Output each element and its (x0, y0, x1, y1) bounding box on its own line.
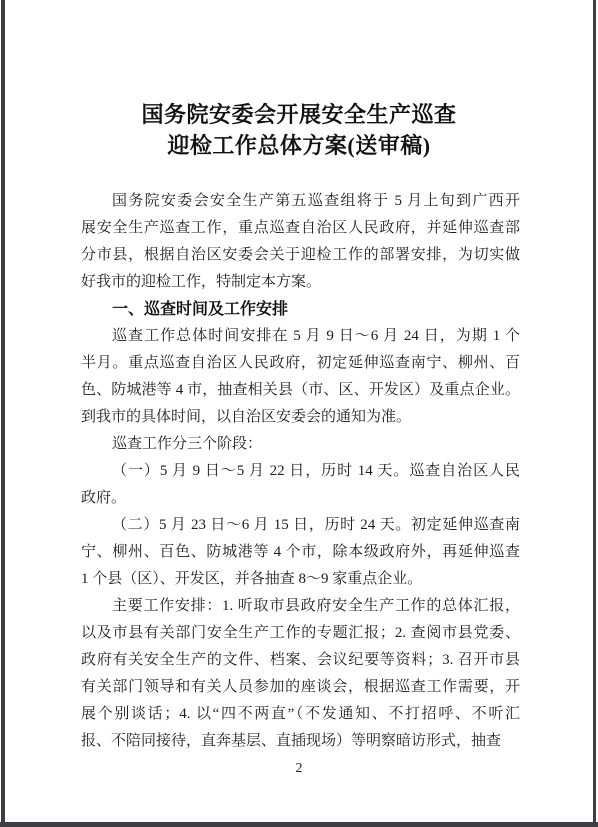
body-line: 到我市的具体时间，以自治区安委会的通知为准。 (81, 404, 520, 431)
body-line: 巡查工作分三个阶段： (81, 431, 520, 458)
body-line: （一）5 月 9 日～5 月 22 日，历时 14 天。巡查自治区人民 (81, 458, 520, 485)
section-heading: 一、巡查时间及工作安排 (81, 296, 520, 323)
document-body: 国务院安委会安全生产第五巡查组将于 5 月上旬到广西开展安全生产巡查工作，重点巡… (81, 188, 520, 755)
page-title: 国务院安委会开展安全生产巡查 迎检工作总体方案(送审稿) (0, 99, 598, 161)
body-line: 国务院安委会安全生产第五巡查组将于 5 月上旬到广西开 (81, 188, 520, 215)
body-line: （二）5 月 23 日～6 月 15 日，历时 24 天。初定延伸巡查南 (81, 512, 520, 539)
body-line: 宁、柳州、百色、防城港等 4 个市，除本级政府外，再延伸巡查 (81, 539, 520, 566)
body-line: 好我市的迎检工作，特制定本方案。 (81, 269, 520, 296)
body-line: 以及市县有关部门安全生产工作的专题汇报；2. 查阅市县党委、 (81, 620, 520, 647)
page-title-line-2: 迎检工作总体方案(送审稿) (0, 130, 598, 161)
body-line: 政府。 (81, 485, 520, 512)
body-line: 色、防城港等 4 市，抽查相关县（市、区、开发区）及重点企业。 (81, 377, 520, 404)
body-line: 半月。重点巡查自治区人民政府，初定延伸巡查南宁、柳州、百 (81, 350, 520, 377)
page-number: 2 (0, 760, 598, 777)
body-line: 主要工作安排：1. 听取市县政府安全生产工作的总体汇报， (81, 593, 520, 620)
body-line: 巡查工作总体时间安排在 5 月 9 日～6 月 24 日，为期 1 个 (81, 323, 520, 350)
body-line: 1 个县（区）、开发区，并各抽查 8～9 家重点企业。 (81, 566, 520, 593)
document-page: 国务院安委会开展安全生产巡查 迎检工作总体方案(送审稿) 国务院安委会安全生产第… (0, 0, 598, 827)
body-line: 展安全生产巡查工作，重点巡查自治区人民政府，并延伸巡查部 (81, 215, 520, 242)
page-edge-bottom (0, 822, 598, 827)
body-line: 报、不陪同接待，直奔基层、直插现场）等明察暗访形式，抽查 (81, 728, 520, 755)
body-line: 政府有关安全生产的文件、档案、会议纪要等资料；3. 召开市县 (81, 647, 520, 674)
page-title-line-1: 国务院安委会开展安全生产巡查 (0, 99, 598, 130)
body-line: 有关部门领导和有关人员参加的座谈会，根据巡查工作需要，开 (81, 674, 520, 701)
body-line: 分市县，根据自治区安委会关于迎检工作的部署安排，为切实做 (81, 242, 520, 269)
body-line: 展个别谈话；4. 以“四不两直”（不发通知、不打招呼、不听汇 (81, 701, 520, 728)
